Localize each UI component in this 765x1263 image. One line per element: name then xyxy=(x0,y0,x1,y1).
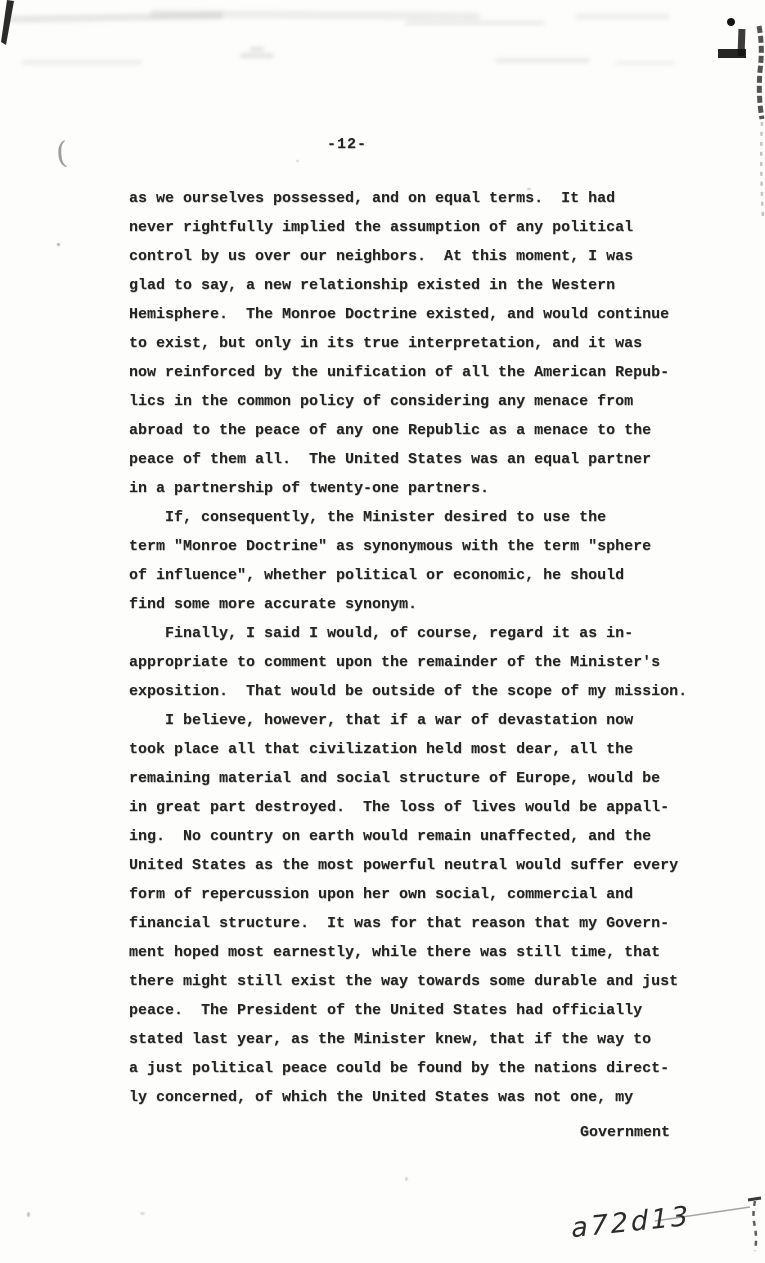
fold-mark-base xyxy=(718,49,746,58)
scan-smudge xyxy=(615,61,675,65)
edge-streak-faint xyxy=(761,122,763,217)
scan-speck xyxy=(57,243,60,246)
typed-line: financial structure. It was for that rea… xyxy=(129,909,687,938)
scan-speck xyxy=(405,1177,408,1181)
typed-line: in great part destroyed. The loss of liv… xyxy=(129,793,687,822)
scan-speck xyxy=(140,1212,145,1215)
scan-smudge xyxy=(575,13,670,20)
typed-line: stated last year, as the Minister knew, … xyxy=(129,1025,687,1054)
edge-streak xyxy=(759,26,762,119)
page-number: -12- xyxy=(327,134,367,156)
typed-line: glad to say, a new relationship existed … xyxy=(129,271,687,300)
typed-line: peace of them all. The United States was… xyxy=(129,445,687,474)
scan-smudge xyxy=(240,53,274,58)
typed-line: now reinforced by the unification of all… xyxy=(129,358,687,387)
typed-line: I believe, however, that if a war of dev… xyxy=(129,706,687,735)
typed-line: form of repercussion upon her own social… xyxy=(129,880,687,909)
scan-speck xyxy=(296,160,299,162)
typed-line: never rightfully implied the assumption … xyxy=(129,213,687,242)
edge-t-tail xyxy=(754,1201,757,1251)
typed-line: exposition. That would be outside of the… xyxy=(129,677,687,706)
typed-line: United States as the most powerful neutr… xyxy=(129,851,687,880)
typed-line: Hemisphere. The Monroe Doctrine existed,… xyxy=(129,300,687,329)
fold-mark-vertical xyxy=(738,29,746,56)
typed-line: ment hoped most earnestly, while there w… xyxy=(129,938,687,967)
typed-line: in a partnership of twenty-one partners. xyxy=(129,474,687,503)
scan-smudge xyxy=(405,20,545,26)
catchword: Government xyxy=(580,1118,670,1147)
edge-t-mark xyxy=(748,1198,761,1200)
ink-dot xyxy=(727,18,735,26)
typed-line: find some more accurate synonym. xyxy=(129,590,687,619)
typed-line: ing. No country on earth would remain un… xyxy=(129,822,687,851)
scanned-document-page: ( -12- as we ourselves possessed, and on… xyxy=(0,0,765,1263)
typed-line: appropriate to comment upon the remainde… xyxy=(129,648,687,677)
margin-pencil-mark: ( xyxy=(55,136,69,172)
typed-line: a just political peace could be found by… xyxy=(129,1054,687,1083)
typed-line: took place all that civilization held mo… xyxy=(129,735,687,764)
handwritten-archive-code: a72d13 xyxy=(571,1201,692,1245)
scan-smudge xyxy=(495,58,590,63)
typed-line: peace. The President of the United State… xyxy=(129,996,687,1025)
typed-line: remaining material and social structure … xyxy=(129,764,687,793)
typed-line: to exist, but only in its true interpret… xyxy=(129,329,687,358)
typed-line: of influence", whether political or econ… xyxy=(129,561,687,590)
typed-line: lics in the common policy of considering… xyxy=(129,387,687,416)
scan-speck xyxy=(27,1212,30,1217)
typed-line: there might still exist the way towards … xyxy=(129,967,687,996)
scan-smudge xyxy=(22,60,142,65)
scan-smudge xyxy=(250,47,264,51)
typed-text-block: as we ourselves possessed, and on equal … xyxy=(129,184,687,1112)
typed-line: If, consequently, the Minister desired t… xyxy=(129,503,687,532)
typed-line: ly concerned, of which the United States… xyxy=(129,1083,687,1112)
typed-line: Finally, I said I would, of course, rega… xyxy=(129,619,687,648)
typed-line: control by us over our neighbors. At thi… xyxy=(129,242,687,271)
typed-line: term "Monroe Doctrine" as synonymous wit… xyxy=(129,532,687,561)
typed-line: abroad to the peace of any one Republic … xyxy=(129,416,687,445)
typed-line: as we ourselves possessed, and on equal … xyxy=(129,184,687,213)
